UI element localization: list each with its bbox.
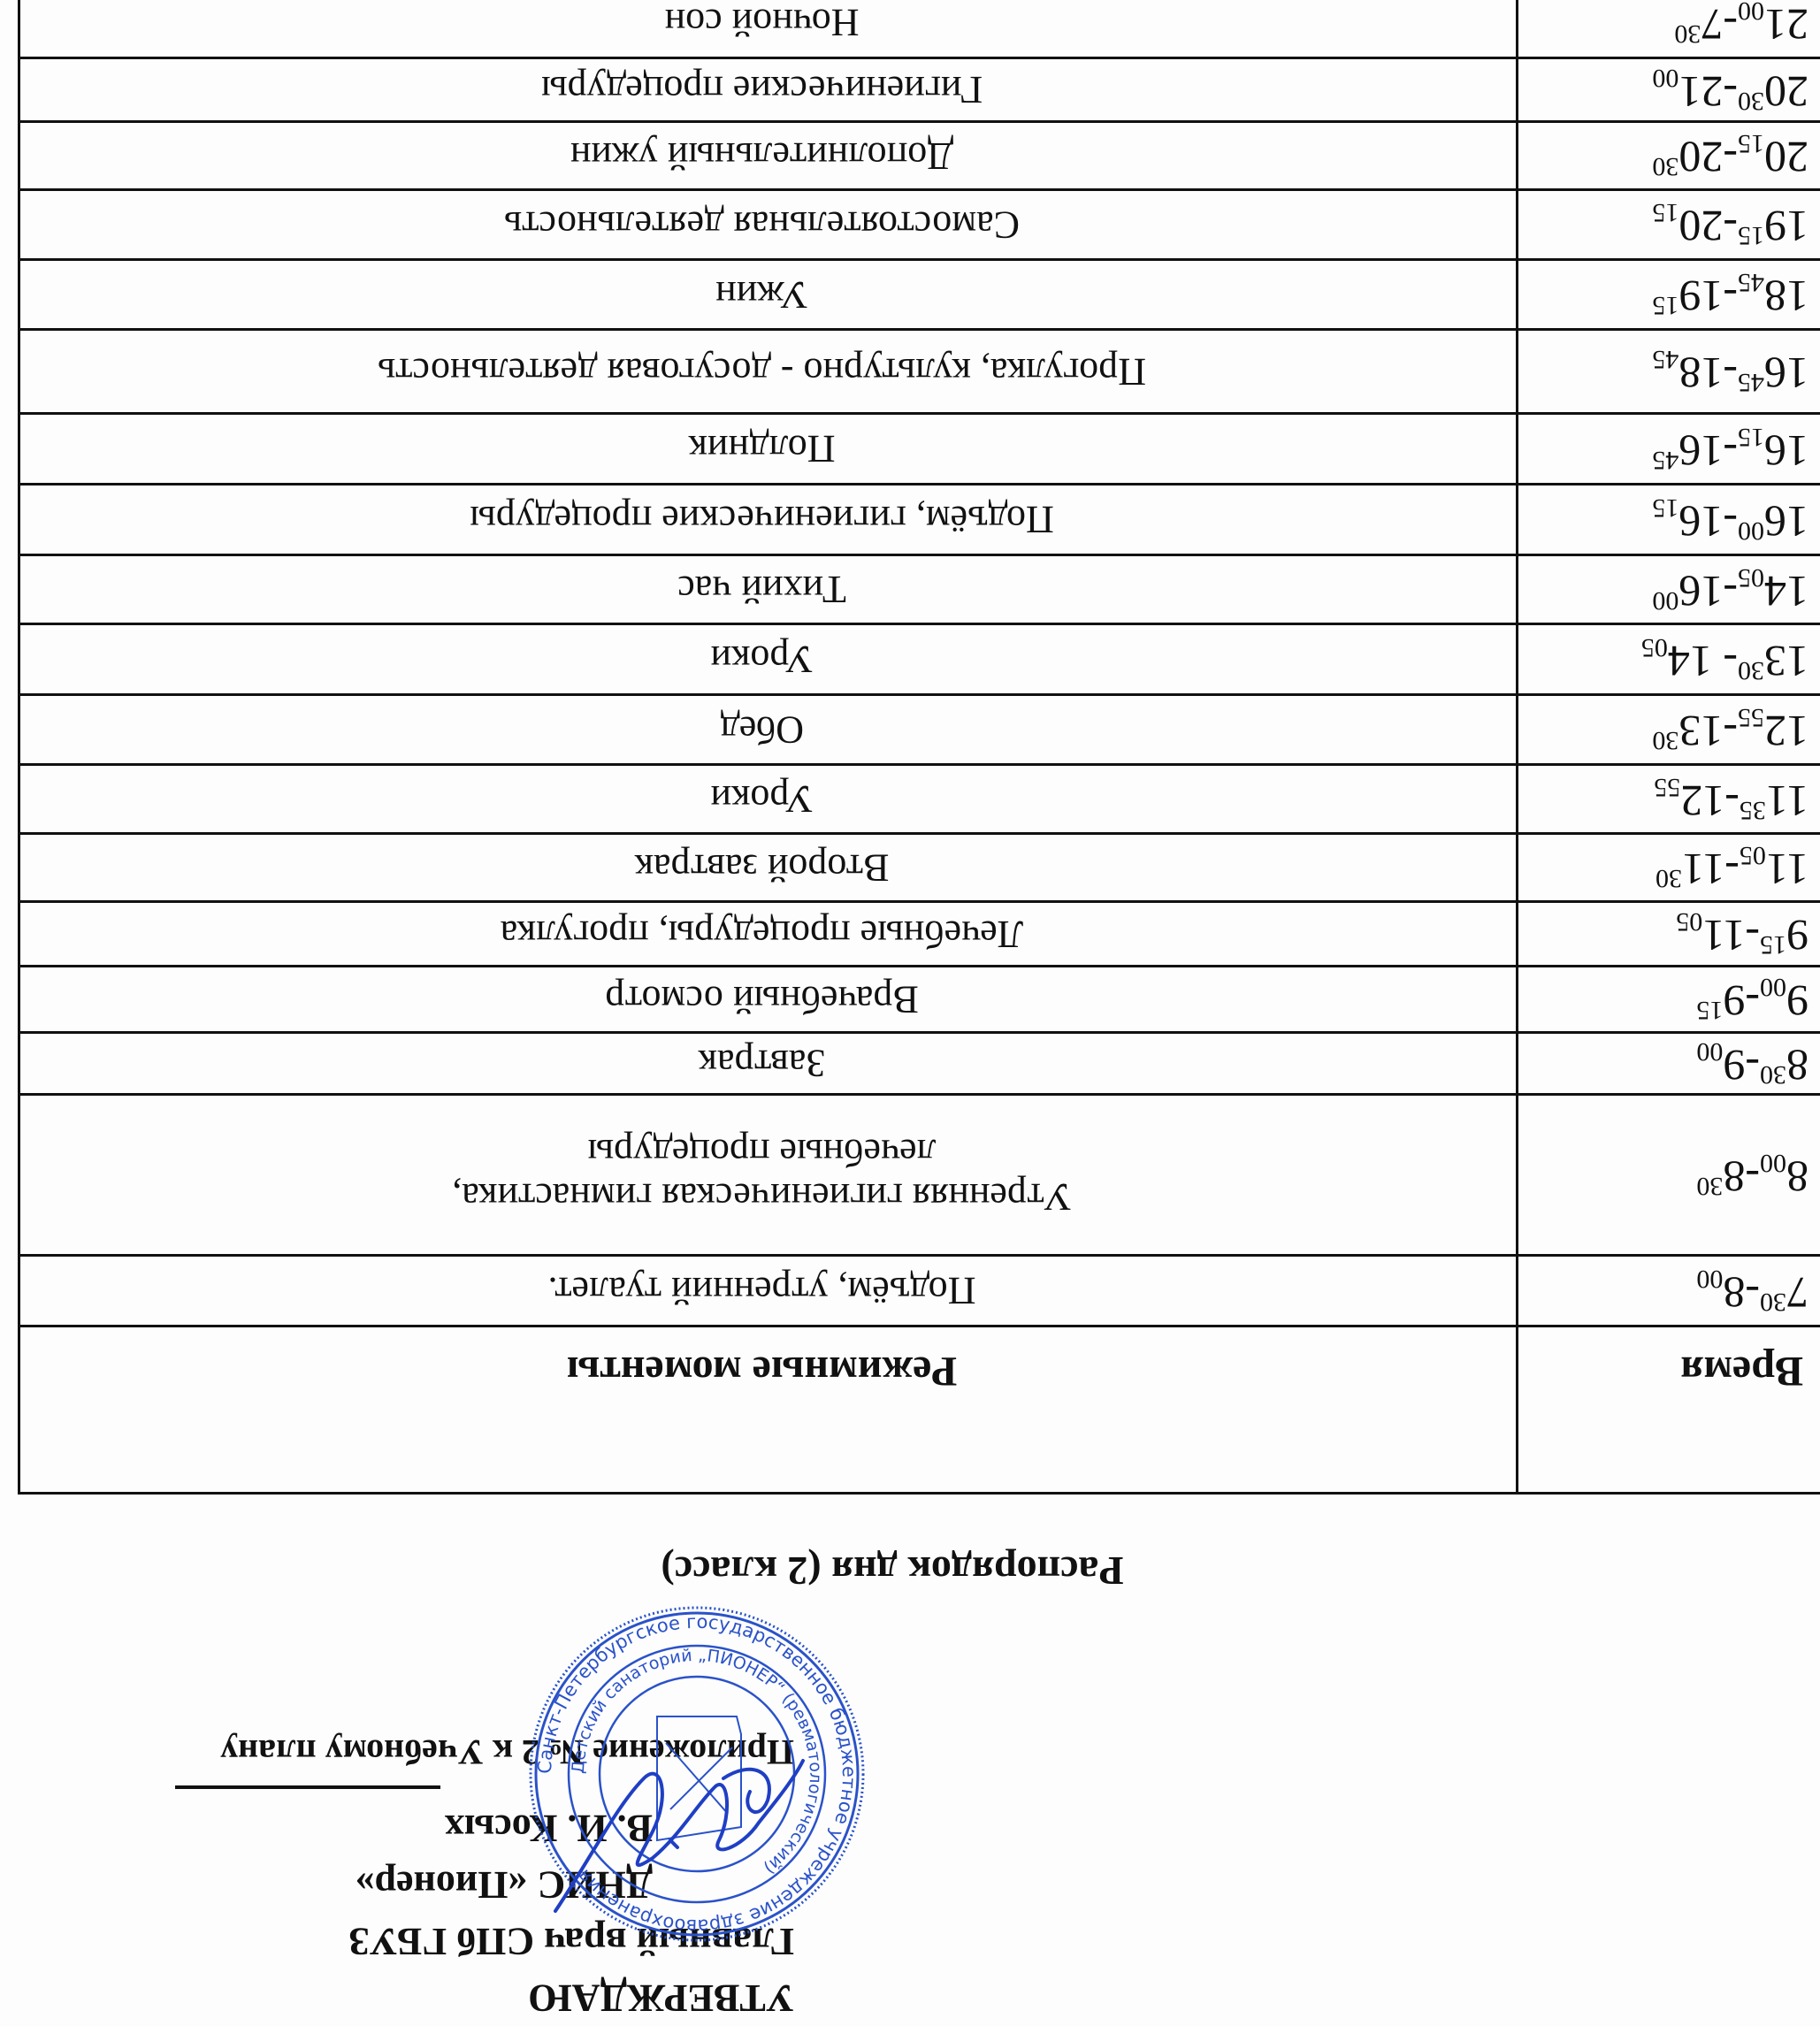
end-hour: 12 <box>1680 776 1724 826</box>
end-minutes: 15 <box>1696 996 1723 1025</box>
start-minutes: 15 <box>1738 221 1764 250</box>
start-hour: 18 <box>1764 271 1809 321</box>
start-hour: 11 <box>1766 776 1809 826</box>
time-cell: 2100-730 <box>1518 0 1820 58</box>
start-hour: 9 <box>1786 976 1809 1026</box>
start-minutes: 15 <box>1760 930 1786 959</box>
start-hour: 16 <box>1764 497 1809 547</box>
start-hour: 7 <box>1786 1268 1809 1318</box>
start-hour: 16 <box>1764 348 1809 398</box>
activity-cell: Второй завтрак <box>19 834 1518 902</box>
end-hour: 11 <box>1682 845 1724 894</box>
table-row: 1405-1600Тихий час <box>19 555 1820 624</box>
activity-text: Ужин <box>20 272 1503 316</box>
time-cell: 1600-1615 <box>1518 485 1820 555</box>
time-cell: 2015-2030 <box>1518 122 1820 190</box>
approval-heading: УТВЕРЖДАЮ <box>69 1969 794 2026</box>
table-row: 2100-730Ночной сон <box>19 0 1820 58</box>
time-cell: 915-1105 <box>1518 902 1820 967</box>
activity-text: Ночной сон <box>20 1 1503 44</box>
end-hour: 9 <box>1723 976 1745 1026</box>
table-row: 1330- 1405Уроки <box>19 624 1820 695</box>
time-separator: - <box>1723 426 1738 476</box>
end-hour: 19 <box>1679 271 1723 321</box>
start-minutes: 30 <box>1738 656 1764 685</box>
end-minutes: 55 <box>1654 773 1680 802</box>
activity-cell: Врачебный осмотр <box>19 967 1518 1033</box>
end-hour: 20 <box>1679 202 1723 251</box>
start-hour: 19 <box>1764 202 1809 251</box>
start-minutes: 05 <box>1740 841 1766 870</box>
signature-line <box>175 1785 440 1789</box>
start-minutes: 30 <box>1760 1288 1786 1317</box>
time-separator: - <box>1723 133 1738 182</box>
activity-cell: Дополнительный ужин <box>19 122 1518 190</box>
end-minutes: 00 <box>1652 586 1679 615</box>
end-hour: 16 <box>1679 426 1723 476</box>
time-separator: - <box>1723 0 1738 50</box>
activity-cell: Ужин <box>19 260 1518 330</box>
end-minutes: 45 <box>1652 345 1679 374</box>
activity-cell: Уроки <box>19 765 1518 834</box>
header-activity: Режимные моменты <box>19 1326 1518 1494</box>
end-hour: 8 <box>1723 1268 1745 1318</box>
time-separator: - <box>1745 1152 1760 1202</box>
table-header-row: Время Режимные моменты <box>19 1326 1820 1494</box>
start-minutes: 55 <box>1738 703 1764 732</box>
activity-cell: Тихий час <box>19 555 1518 624</box>
table-row: 1615-1645Полдник <box>19 414 1820 485</box>
time-cell: 1645-1845 <box>1518 330 1820 414</box>
start-minutes: 35 <box>1740 796 1766 825</box>
start-minutes: 00 <box>1738 0 1764 26</box>
time-separator: - <box>1745 976 1760 1026</box>
start-hour: 8 <box>1786 1152 1809 1202</box>
start-hour: 21 <box>1764 0 1809 50</box>
activity-cell: Полдник <box>19 414 1518 485</box>
time-cell: 830-900 <box>1518 1033 1820 1095</box>
end-minutes: 00 <box>1696 1265 1723 1294</box>
end-minutes: 30 <box>1652 152 1679 181</box>
header-time: Время <box>1518 1326 1820 1494</box>
table-row: 2030-2100Гигиенические процедуры <box>19 58 1820 122</box>
table-row: 1600-1615Подъём, гигиенические процедуры <box>19 485 1820 555</box>
activity-text: Подъём, гигиенические процедуры <box>20 498 1503 541</box>
start-minutes: 00 <box>1760 1149 1786 1178</box>
start-hour: 20 <box>1764 133 1809 182</box>
activity-text: Прогулка, культурно - досуговая деятельн… <box>20 349 1503 393</box>
time-separator: - <box>1723 202 1738 251</box>
end-minutes: 30 <box>1696 1172 1723 1201</box>
time-cell: 1405-1600 <box>1518 555 1820 624</box>
activity-cell: Подъём, утренний туалет. <box>19 1256 1518 1326</box>
end-minutes: 00 <box>1652 64 1679 93</box>
activity-cell: Уроки <box>19 624 1518 695</box>
start-minutes: 30 <box>1760 1060 1786 1089</box>
activity-text: Уроки <box>20 638 1503 681</box>
time-cell: 1845-1915 <box>1518 260 1820 330</box>
time-separator: - <box>1723 707 1738 756</box>
end-hour: 7 <box>1701 0 1723 50</box>
table-row: 1915-2015Самостоятельная деятельность <box>19 190 1820 260</box>
start-hour: 12 <box>1764 707 1809 756</box>
start-minutes: 45 <box>1738 268 1764 297</box>
start-minutes: 00 <box>1738 516 1764 546</box>
time-cell: 1915-2015 <box>1518 190 1820 260</box>
table-row: 1845-1915Ужин <box>19 260 1820 330</box>
start-minutes: 30 <box>1738 87 1764 116</box>
activity-text: лечебные процедуры <box>20 1131 1503 1174</box>
time-cell: 900-915 <box>1518 967 1820 1033</box>
signature-icon <box>538 1725 821 1929</box>
end-minutes: 30 <box>1652 726 1679 755</box>
time-cell: 1135-1255 <box>1518 765 1820 834</box>
activity-text: Врачебный осмотр <box>20 977 1503 1021</box>
end-hour: 14 <box>1668 637 1712 686</box>
activity-cell: Ночной сон <box>19 0 1518 58</box>
start-minutes: 05 <box>1738 563 1764 593</box>
activity-cell: Лечебные процедуры, прогулка <box>19 902 1518 967</box>
table-row: 1105-1130Второй завтрак <box>19 834 1820 902</box>
end-hour: 16 <box>1679 497 1723 547</box>
time-separator: - <box>1745 911 1760 960</box>
start-hour: 16 <box>1764 426 1809 476</box>
end-minutes: 30 <box>1656 864 1682 893</box>
activity-text: Подъём, утренний туалет. <box>20 1269 1503 1312</box>
start-hour: 20 <box>1764 67 1809 117</box>
time-cell: 1615-1645 <box>1518 414 1820 485</box>
activity-cell: Утренняя гигиеническая гимнастика,лечебн… <box>19 1095 1518 1256</box>
start-hour: 8 <box>1786 1041 1809 1090</box>
start-hour: 13 <box>1764 637 1809 686</box>
time-cell: 730-800 <box>1518 1256 1820 1326</box>
start-minutes: 15 <box>1738 423 1764 452</box>
table-row: 830-900Завтрак <box>19 1033 1820 1095</box>
time-separator: - <box>1724 776 1740 826</box>
table-row: 2015-2030Дополнительный ужин <box>19 122 1820 190</box>
time-separator: - <box>1712 637 1738 686</box>
time-cell: 2030-2100 <box>1518 58 1820 122</box>
activity-cell: Подъём, гигиенические процедуры <box>19 485 1518 555</box>
activity-cell: Прогулка, культурно - досуговая деятельн… <box>19 330 1518 414</box>
end-hour: 8 <box>1723 1152 1745 1202</box>
start-minutes: 15 <box>1738 129 1764 158</box>
activity-text: Самостоятельная деятельность <box>20 203 1503 246</box>
activity-cell: Самостоятельная деятельность <box>19 190 1518 260</box>
page-title: Распорядок дня (2 класс) <box>0 1548 1820 1594</box>
time-separator: - <box>1723 567 1738 616</box>
end-hour: 11 <box>1702 911 1745 960</box>
activity-text: Утренняя гигиеническая гимнастика, <box>20 1175 1503 1219</box>
end-hour: 9 <box>1723 1041 1745 1090</box>
activity-text: Завтрак <box>20 1042 1503 1085</box>
end-minutes: 05 <box>1641 633 1668 662</box>
time-separator: - <box>1723 67 1738 117</box>
end-hour: 20 <box>1679 133 1723 182</box>
end-minutes: 15 <box>1652 198 1679 227</box>
end-minutes: 15 <box>1652 291 1679 320</box>
end-minutes: 15 <box>1652 493 1679 523</box>
time-cell: 1330- 1405 <box>1518 624 1820 695</box>
activity-text: Обед <box>20 707 1503 751</box>
end-hour: 13 <box>1679 707 1723 756</box>
end-minutes: 00 <box>1696 1037 1723 1067</box>
activity-text: Полдник <box>20 427 1503 470</box>
end-hour: 18 <box>1679 348 1723 398</box>
activity-text: Лечебные процедуры, прогулка <box>20 912 1503 955</box>
activity-text: Уроки <box>20 777 1503 821</box>
time-separator: - <box>1745 1268 1760 1318</box>
start-hour: 14 <box>1764 567 1809 616</box>
time-separator: - <box>1724 845 1740 894</box>
time-separator: - <box>1745 1041 1760 1090</box>
table-row: 1255-1330Обед <box>19 695 1820 765</box>
activity-text: Дополнительный ужин <box>20 134 1503 177</box>
end-hour: 16 <box>1679 567 1723 616</box>
end-minutes: 05 <box>1676 907 1702 937</box>
activity-cell: Обед <box>19 695 1518 765</box>
activity-cell: Завтрак <box>19 1033 1518 1095</box>
time-cell: 1105-1130 <box>1518 834 1820 902</box>
document-page: УТВЕРЖДАЮ Главный врач СПб ГБУЗ ДНИС «Пи… <box>0 0 1820 2026</box>
schedule-table: Время Режимные моменты 730-800Подъём, ут… <box>18 0 1820 1495</box>
table-row: 800-830Утренняя гигиеническая гимнастика… <box>19 1095 1820 1256</box>
start-minutes: 00 <box>1760 973 1786 1002</box>
activity-cell: Гигиенические процедуры <box>19 58 1518 122</box>
start-hour: 11 <box>1766 845 1809 894</box>
time-separator: - <box>1723 348 1738 398</box>
time-separator: - <box>1723 271 1738 321</box>
table-row: 900-915Врачебный осмотр <box>19 967 1820 1033</box>
time-cell: 800-830 <box>1518 1095 1820 1256</box>
activity-text: Гигиенические процедуры <box>20 68 1503 111</box>
time-separator: - <box>1723 497 1738 547</box>
table-row: 1135-1255Уроки <box>19 765 1820 834</box>
activity-text: Второй завтрак <box>20 845 1503 889</box>
table-row: 1645-1845Прогулка, культурно - досуговая… <box>19 330 1820 414</box>
time-cell: 1255-1330 <box>1518 695 1820 765</box>
activity-text: Тихий час <box>20 568 1503 611</box>
end-minutes: 45 <box>1652 446 1679 475</box>
end-hour: 21 <box>1679 67 1723 117</box>
table-row: 915-1105Лечебные процедуры, прогулка <box>19 902 1820 967</box>
end-minutes: 30 <box>1674 19 1701 49</box>
start-minutes: 45 <box>1738 368 1764 397</box>
table-row: 730-800Подъём, утренний туалет. <box>19 1256 1820 1326</box>
start-hour: 9 <box>1786 911 1809 960</box>
